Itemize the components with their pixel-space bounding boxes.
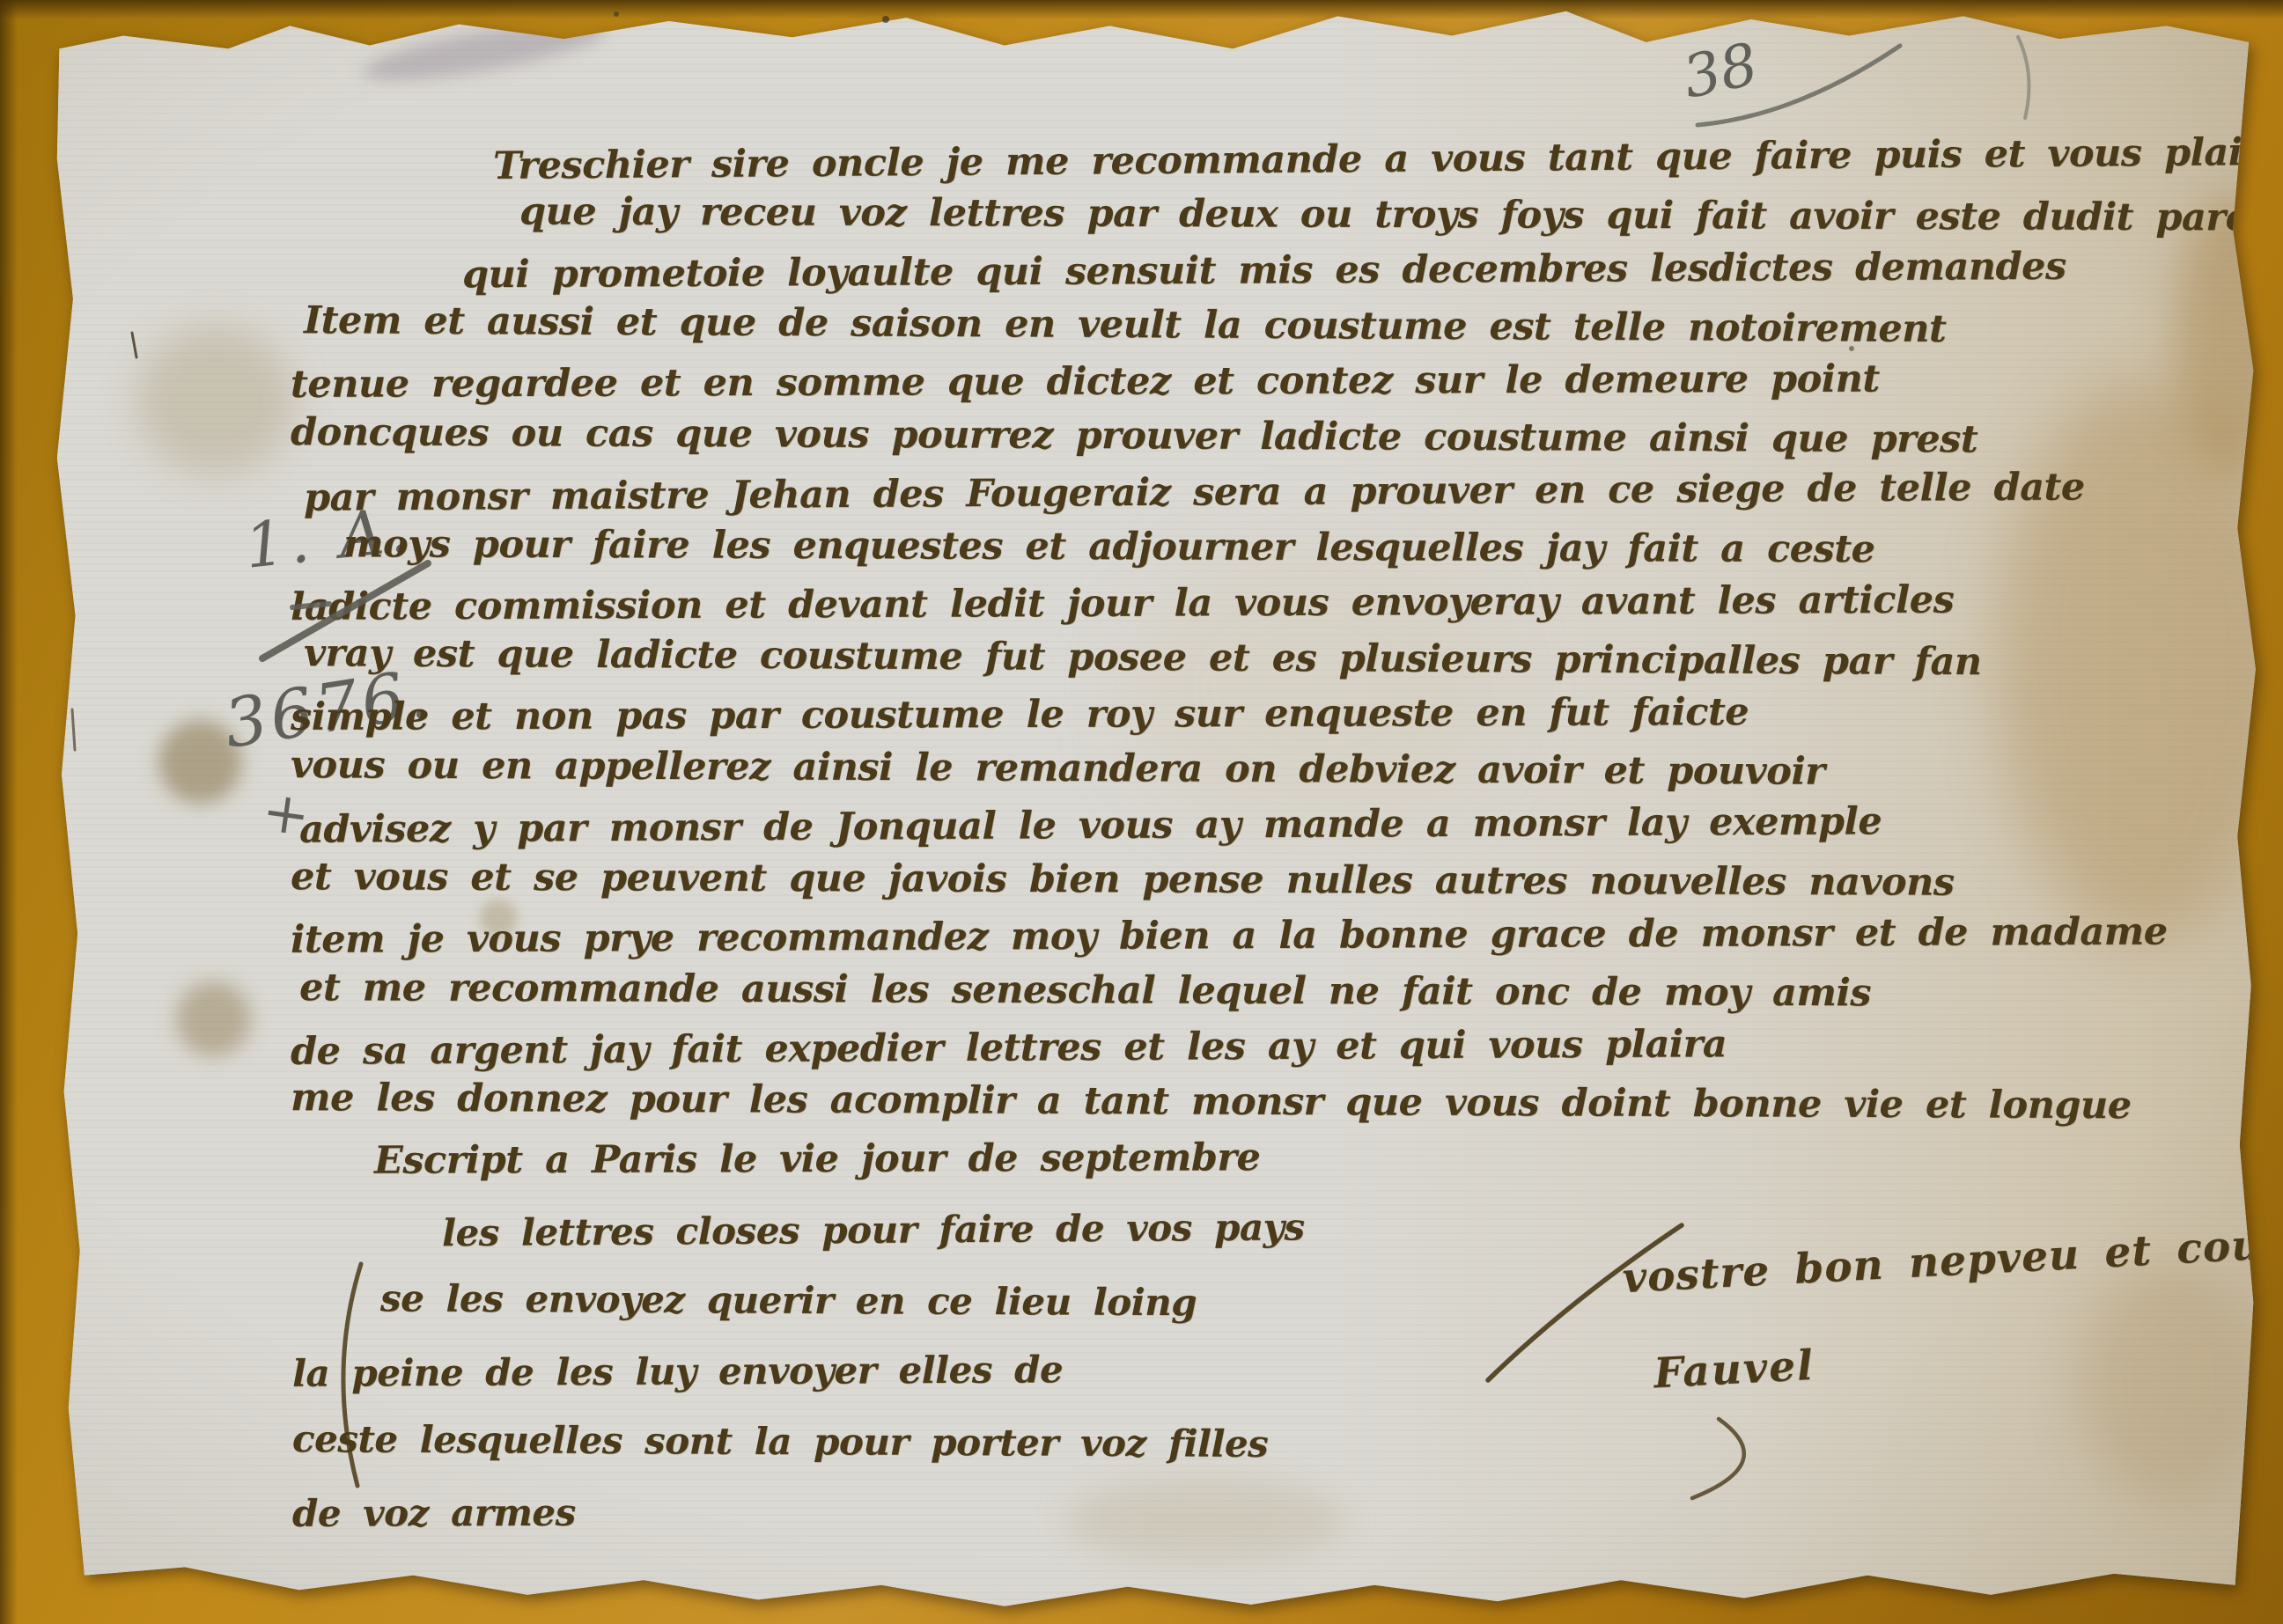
postscript-text-line: se les envoyez querir en ce lieu loing bbox=[380, 1263, 1261, 1338]
letter-text-line: de sa argent jay fait expedier lettres e… bbox=[291, 1014, 2254, 1080]
water-stain bbox=[136, 326, 295, 475]
paper-sheet: 38 1. A. 3676. + Treschier sire oncle je… bbox=[0, 0, 2283, 1624]
letter-text-line: Escript a Paris le vie jour de septembre bbox=[374, 1127, 2254, 1188]
postscript-text: les lettres closes pour faire de vos pay… bbox=[292, 1195, 1261, 1547]
letter-text-line: ladicte commission et devant ledit jour … bbox=[291, 571, 2254, 636]
postscript-text-line: ceste lesquelles sont la pour porter voz… bbox=[292, 1404, 1261, 1480]
letter-text-line: par monsr maistre Jehan des Fougeraiz se… bbox=[304, 459, 2254, 526]
letter-text-line: moys pour faire les enquestes et adjourn… bbox=[343, 517, 2254, 579]
letter-text-line: simple et non pas par coustume le roy su… bbox=[291, 683, 2254, 746]
smudge-mark bbox=[359, 11, 608, 92]
letter-text-line: tenue regardee et en somme que dictez et… bbox=[291, 350, 2254, 413]
signature-block: vostre bon nepveu et cousin Fauvel bbox=[1498, 1205, 2254, 1245]
paper-sheet-wrapper: 38 1. A. 3676. + Treschier sire oncle je… bbox=[0, 0, 2283, 1624]
letter-text-line: et vous et se peuvent que javois bien pe… bbox=[291, 849, 2254, 912]
photograph-of-manuscript: 38 1. A. 3676. + Treschier sire oncle je… bbox=[0, 0, 2283, 1624]
letter-text-line: et me recommande aussi les seneschal leq… bbox=[299, 960, 2254, 1023]
letter-text-line: qui prometoie loyaulte qui sensuit mis e… bbox=[462, 239, 2254, 304]
letter-text-line: me les donnez pour les acomplir a tant m… bbox=[291, 1070, 2254, 1135]
water-stain bbox=[2078, 1259, 2263, 1505]
letter-text-line: que jay receu voz lettres par deux ou tr… bbox=[519, 185, 2254, 246]
folio-number: 38 bbox=[1677, 30, 1764, 112]
letter-text-line: Item et aussi et que de saison en veult … bbox=[304, 293, 2254, 359]
postscript-text-line: les lettres closes pour faire de vos pay… bbox=[442, 1193, 1262, 1268]
letter-body-text: Treschier sire oncle je me recommande a … bbox=[291, 132, 2254, 1186]
signature-line: vostre bon nepveu et cousin bbox=[1621, 1217, 2283, 1303]
postscript-text-line: la peine de les luy envoyer elles de bbox=[292, 1334, 1261, 1409]
postscript-text-line: de voz armes bbox=[292, 1475, 1261, 1549]
letter-text-line: doncques ou cas que vous pourrez prouver… bbox=[291, 405, 2254, 469]
signature-name: Fauvel bbox=[1653, 1341, 1815, 1398]
ink-stain bbox=[176, 981, 251, 1056]
letter-text-line: vous ou en appellerez ainsi le remandera… bbox=[291, 738, 2254, 802]
letter-text-line: Treschier sire oncle je me recommande a … bbox=[493, 125, 2254, 195]
letter-text-line: item je vous prye recommandez moy bien a… bbox=[291, 904, 2254, 968]
letter-text-line: vray est que ladicte coustume fut posee … bbox=[304, 626, 2254, 692]
letter-text-line: advisez y par monsr de Jonqual le vous a… bbox=[299, 792, 2254, 858]
